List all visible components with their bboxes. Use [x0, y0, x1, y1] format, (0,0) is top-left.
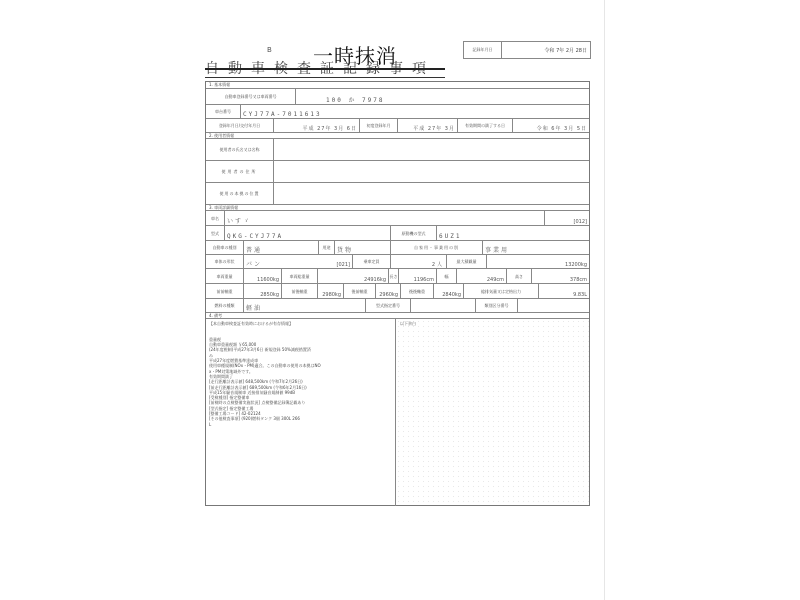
- user-name-row: 使用者の氏名又は名称: [206, 138, 589, 161]
- height-label: 高さ: [507, 269, 532, 284]
- maker-row: 車名 いすゞ [012]: [206, 210, 589, 226]
- axle-row: 前前軸重 2850kg 前後軸重 2980kg 後前軸重 2960kg 後後軸重…: [206, 283, 589, 299]
- designation-label: 型式指定番号: [366, 299, 411, 313]
- use-label: 用途: [319, 241, 335, 255]
- first-reg-value: 平成 27年 3月 6日: [274, 119, 360, 133]
- weight-row: 車両重量 11600kg 車両総重量 24916kg 長さ 1196cm 幅 2…: [206, 268, 589, 284]
- rf-axle-value: 2960kg: [376, 284, 401, 299]
- body-row: 車体の形状 バン [021] 乗車定員 2人 最大積載量 13200kg: [206, 254, 589, 269]
- issue-date-label: 記録年月日: [464, 42, 502, 58]
- private-business-label: 自家用・事業用の別: [391, 241, 483, 255]
- scan-edge: [604, 0, 605, 600]
- width-value: 249cm: [457, 269, 507, 284]
- width-label: 幅: [437, 269, 457, 284]
- remark-line: L: [209, 422, 392, 427]
- title-strikethrough: [205, 68, 445, 70]
- record-table: 1. 基本情報 自動車登録番号又は車両番号 100 か 7978 車台番号 CY…: [205, 81, 590, 506]
- engine-value: 6UZ1: [437, 226, 589, 241]
- user-name-value: [274, 139, 589, 161]
- length-value: 1196cm: [399, 269, 437, 284]
- reg-number-label: 自動車登録番号又は車両番号: [206, 89, 296, 105]
- ff-axle-label: 前前軸重: [206, 284, 244, 299]
- reg-number-row: 自動車登録番号又は車両番号 100 か 7978: [206, 88, 589, 105]
- vehicle-weight-label: 車両重量: [206, 269, 244, 284]
- body-shape-cell: バン [021]: [244, 255, 353, 269]
- remarks-area: 【本自動車検査証有効時におけるが有存情報】 重量税自動車重量税額 ￥65,000…: [206, 318, 589, 506]
- chassis-label: 車台番号: [206, 105, 241, 119]
- user-address-value: [274, 161, 589, 183]
- capacity-label: 乗車定員: [353, 255, 391, 269]
- fr-axle-value: 2980kg: [318, 284, 344, 299]
- user-address-label: 使用者の住所: [206, 161, 274, 183]
- rr-axle-label: 後後軸重: [401, 284, 434, 299]
- fuel-type-label: 燃料の種類: [206, 299, 244, 313]
- designation-value: [411, 299, 476, 313]
- title-underline: [205, 77, 445, 78]
- vehicle-type-label: 自動車の種別: [206, 241, 244, 255]
- expiry-value: 令和 6年 3月 5日: [513, 119, 589, 133]
- base-location-label: 使用の本拠の位置: [206, 183, 274, 205]
- blank-below-label: 以下余白: [400, 321, 416, 326]
- rr-axle-value: 2840kg: [434, 284, 464, 299]
- dates-row: 登録年月日/交付年月日 平成 27年 3月 6日 初度登録年月 平成 27年 3…: [206, 118, 589, 133]
- vehicle-type-value: 普通: [244, 241, 319, 255]
- type-row: 自動車の種別 普通 用途 貨物 自家用・事業用の別 事業用: [206, 240, 589, 255]
- body-shape-label: 車体の形状: [206, 255, 244, 269]
- length-label: 長さ: [389, 269, 399, 284]
- first-year-value: 平成 27年 3月: [398, 119, 458, 133]
- engine-label: 原動機の型式: [391, 226, 437, 241]
- expiry-label: 有効期間の満了する日: [458, 119, 513, 133]
- model-label: 型式: [206, 226, 225, 241]
- chassis-row: 車台番号 CYJ77A-7011613: [206, 104, 589, 119]
- base-location-row: 使用の本拠の位置: [206, 182, 589, 205]
- vehicle-inspection-record: B 一時抹消 自動車検査証記録事項 記録年月日 令和 7年 2月 28日 1. …: [205, 36, 590, 506]
- maker-label: 車名: [206, 211, 225, 226]
- issue-date-value: 令和 7年 2月 28日: [502, 42, 590, 58]
- body-shape-value: バン: [246, 259, 262, 268]
- maker-code: [012]: [545, 211, 589, 226]
- fuel-row: 燃料の種類 軽油 型式指定番号 類別区分番号: [206, 298, 589, 313]
- vehicle-weight-value: 11600kg: [244, 269, 282, 284]
- height-value: 378cm: [532, 269, 589, 284]
- capacity-value: 2人: [391, 255, 447, 269]
- user-name-label: 使用者の氏名又は名称: [206, 139, 274, 161]
- fuel-type-value: 軽油: [244, 299, 366, 313]
- rf-axle-label: 後前軸重: [344, 284, 376, 299]
- model-row: 型式 QKG-CYJ77A 原動機の型式 6UZ1: [206, 225, 589, 241]
- reg-number-value: 100 か 7978: [296, 89, 589, 105]
- first-reg-label: 登録年月日/交付年月日: [206, 119, 274, 133]
- displacement-value: 9.83L: [539, 284, 589, 299]
- remarks-right: 以下余白: [396, 319, 589, 506]
- first-year-label: 初度登録年月: [360, 119, 398, 133]
- stamp-mark: B: [267, 46, 272, 54]
- base-location-value: [274, 183, 589, 205]
- category-value: [518, 299, 589, 313]
- user-address-row: 使用者の住所: [206, 160, 589, 183]
- fr-axle-label: 前後軸重: [282, 284, 318, 299]
- displacement-label: 総排気量又は定格出力: [464, 284, 539, 299]
- private-business-value: 事業用: [483, 241, 589, 255]
- gross-weight-label: 車両総重量: [282, 269, 318, 284]
- issue-date-box: 記録年月日 令和 7年 2月 28日: [463, 41, 591, 59]
- max-load-label: 最大積載量: [447, 255, 487, 269]
- category-label: 類別区分番号: [476, 299, 518, 313]
- max-load-value: 13200kg: [487, 255, 589, 269]
- maker-value: いすゞ: [225, 211, 545, 226]
- chassis-value: CYJ77A-7011613: [241, 105, 589, 119]
- ff-axle-value: 2850kg: [244, 284, 282, 299]
- model-value: QKG-CYJ77A: [225, 226, 391, 241]
- gross-weight-value: 24916kg: [318, 269, 389, 284]
- use-value: 貨物: [335, 241, 391, 255]
- remarks-left: 【本自動車検査証有効時におけるが有存情報】 重量税自動車重量税額 ￥65,000…: [206, 319, 396, 506]
